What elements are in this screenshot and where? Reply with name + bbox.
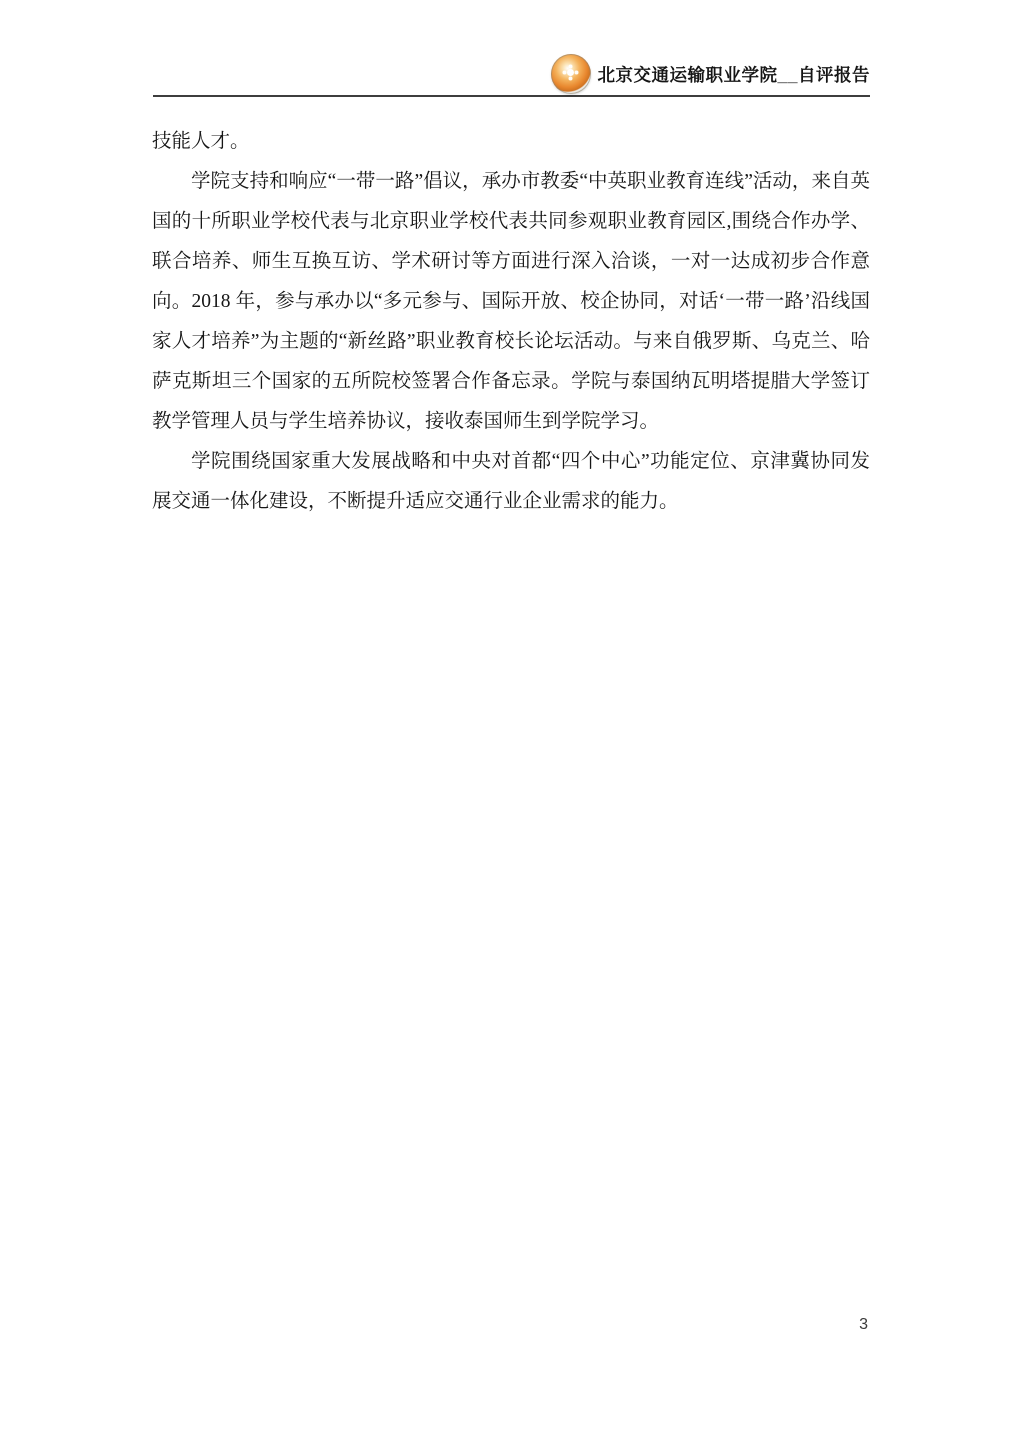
body-paragraph: 学院围绕国家重大发展战略和中央对首都“四个中心”功能定位、京津冀协同发展交通一体… (152, 442, 870, 522)
body-paragraph: 学院支持和响应“一带一路”倡议，承办市教委“中英职业教育连线”活动，来自英国的十… (152, 162, 870, 442)
document-page: 北京交通运输职业学院__自评报告 技能人才。 学院支持和响应“一带一路”倡议，承… (0, 0, 1024, 1448)
body-paragraph: 技能人才。 (152, 122, 870, 162)
document-body: 技能人才。 学院支持和响应“一带一路”倡议，承办市教委“中英职业教育连线”活动，… (152, 122, 870, 522)
college-seal-icon (551, 54, 591, 94)
header-title: 北京交通运输职业学院__自评报告 (598, 62, 870, 87)
seal-flower-icon (567, 69, 574, 76)
page-number: 3 (859, 1316, 868, 1334)
page-header: 北京交通运输职业学院__自评报告 (551, 54, 870, 94)
header-rule (153, 95, 870, 97)
